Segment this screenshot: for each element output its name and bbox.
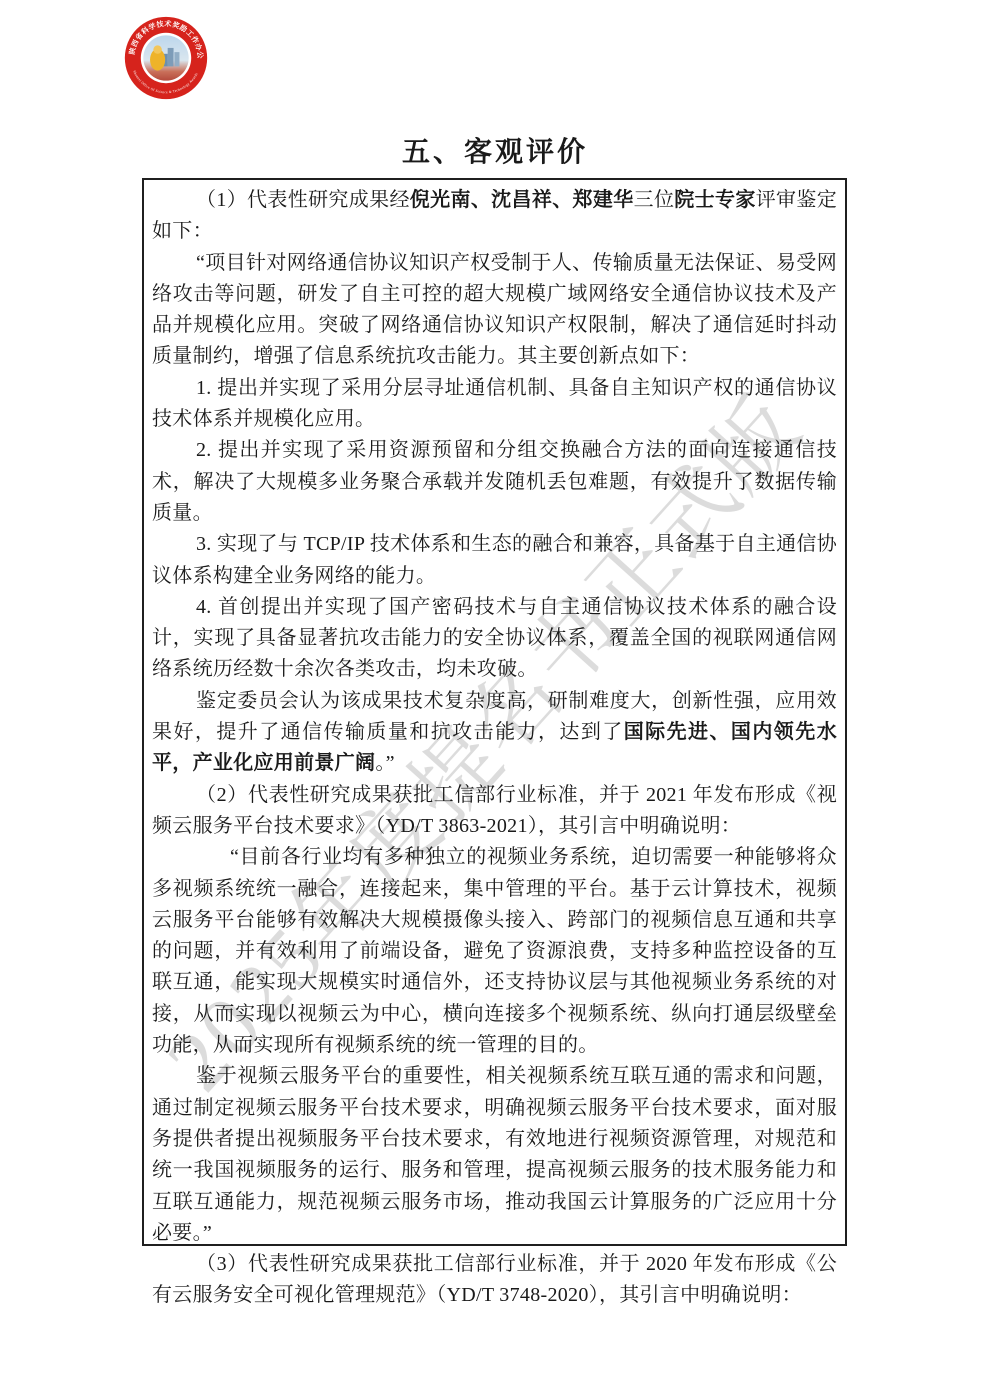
text-run: 2. 提出并实现了采用资源预留和分组交换融合方法的面向连接通信技术，解决了大规模… <box>152 439 837 524</box>
paragraph: “项目针对网络通信协议知识产权受制于人、传输质量无法保证、易受网络攻击等问题，研… <box>152 248 837 373</box>
paragraph: 3. 实现了与 TCP/IP 技术体系和生态的融合和兼容，具备基于自主通信协议体… <box>152 529 837 592</box>
bold-text-run: 倪光南、沈昌祥、郑建华 <box>410 189 634 211</box>
paragraph: （2）代表性研究成果获批工信部行业标准，并于 2021 年发布形成《视频云服务平… <box>152 780 837 843</box>
document-page: 陕西省科学技术奖励工作办公室 Shaanxi Office Of Science… <box>0 0 990 1399</box>
paragraph: 鉴定委员会认为该成果技术复杂度高，研制难度大，创新性强，应用效果好，提升了通信传… <box>152 686 837 780</box>
page-title: 五、客观评价 <box>0 130 990 170</box>
evaluation-content-box: （1）代表性研究成果经倪光南、沈昌祥、郑建华三位院士专家评审鉴定如下：“项目针对… <box>142 178 847 1246</box>
org-seal-logo: 陕西省科学技术奖励工作办公室 Shaanxi Office Of Science… <box>124 16 208 100</box>
text-run: （2）代表性研究成果获批工信部行业标准，并于 2021 年发布形成《视频云服务平… <box>152 784 837 837</box>
paragraph: （1）代表性研究成果经倪光南、沈昌祥、郑建华三位院士专家评审鉴定如下： <box>152 185 837 248</box>
text-run: 三位 <box>634 189 675 211</box>
text-run: （3）代表性研究成果获批工信部行业标准，并于 2020 年发布形成《公有云服务安… <box>152 1253 837 1306</box>
text-run: 4. 首创提出并实现了国产密码技术与自主通信协议技术体系的融合设计，实现了具备显… <box>152 596 837 681</box>
text-run: “目前各行业均有多种独立的视频业务系统，迫切需要一种能够将众多视频系统统一融合，… <box>152 846 837 1056</box>
paragraph: 2. 提出并实现了采用资源预留和分组交换融合方法的面向连接通信技术，解决了大规模… <box>152 435 837 529</box>
text-run: 。” <box>375 752 394 774</box>
paragraph: （3）代表性研究成果获批工信部行业标准，并于 2020 年发布形成《公有云服务安… <box>152 1249 837 1312</box>
paragraph: 1. 提出并实现了采用分层寻址通信机制、具备自主知识产权的通信协议技术体系并规模… <box>152 373 837 436</box>
text-run: （1）代表性研究成果经 <box>196 189 410 211</box>
paragraph: 4. 首创提出并实现了国产密码技术与自主通信协议技术体系的融合设计，实现了具备显… <box>152 592 837 686</box>
paragraph: 鉴于视频云服务平台的重要性，相关视频系统互联互通的需求和问题，通过制定视频云服务… <box>152 1061 837 1249</box>
paragraph: “目前各行业均有多种独立的视频业务系统，迫切需要一种能够将众多视频系统统一融合，… <box>152 842 837 1061</box>
text-run: 1. 提出并实现了采用分层寻址通信机制、具备自主知识产权的通信协议技术体系并规模… <box>152 377 837 430</box>
text-run: 3. 实现了与 TCP/IP 技术体系和生态的融合和兼容，具备基于自主通信协议体… <box>152 533 837 586</box>
bold-text-run: 院士专家 <box>674 189 755 211</box>
seal-graphic: 陕西省科学技术奖励工作办公室 Shaanxi Office Of Science… <box>124 16 208 100</box>
text-run: “项目针对网络通信协议知识产权受制于人、传输质量无法保证、易受网络攻击等问题，研… <box>152 252 837 368</box>
text-run: 鉴于视频云服务平台的重要性，相关视频系统互联互通的需求和问题，通过制定视频云服务… <box>152 1065 837 1243</box>
